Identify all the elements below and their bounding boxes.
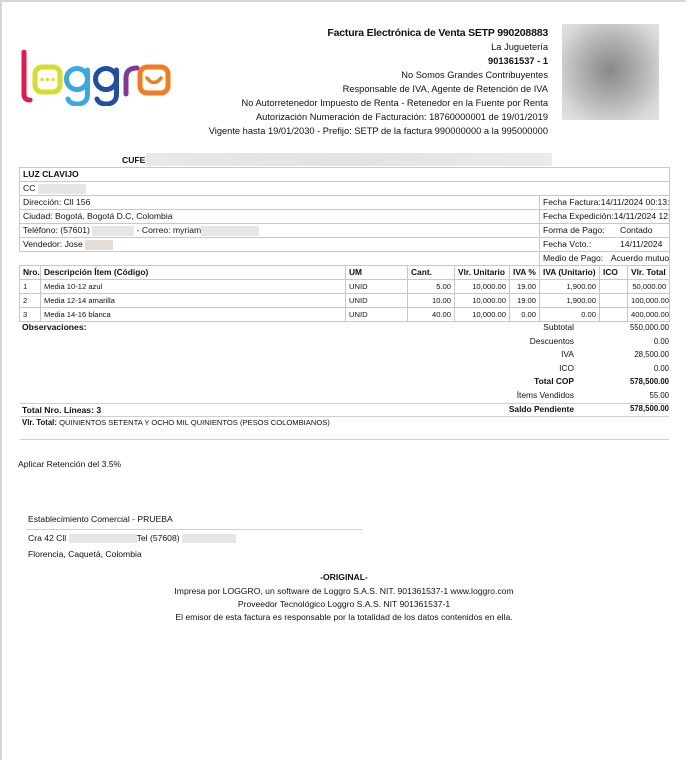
meta-value: 14/11/2024 00:13:39 xyxy=(601,196,670,209)
footer-line: Impresa por LOGGRO, un software de Loggr… xyxy=(0,586,688,596)
divider xyxy=(20,439,669,440)
authorization-line: Autorización Numeración de Facturación: … xyxy=(209,110,548,124)
total-row: Subtotal550,000.00 xyxy=(440,321,669,335)
cufe-label: CUFE xyxy=(122,155,145,165)
customer-email: - Correo: myriam xyxy=(137,225,201,235)
amount-words-value: QUINIENTOS SETENTA Y OCHO MIL QUINIENTOS… xyxy=(59,418,330,427)
total-lines: Total Nro. Líneas: 3 xyxy=(22,405,101,415)
footer-line: Proveedor Tecnológico Loggro S.A.S. NIT … xyxy=(0,599,688,609)
col-header: Cant. xyxy=(408,266,455,280)
items-header-row: Nro. Descripción Ítem (Código) UM Cant. … xyxy=(20,266,670,280)
tax-line: No Autorretenedor Impuesto de Renta - Re… xyxy=(209,96,548,110)
customer-id-type: CC xyxy=(23,183,35,193)
seller-redacted xyxy=(85,240,113,250)
balance-value: 578,500.00 xyxy=(590,404,669,414)
amount-words-label: Vlr. Total: xyxy=(22,418,57,427)
customer-id-row: CC xyxy=(20,182,670,196)
invoice-table: LUZ CLAVIJO CC Dirección: Cll 156 Fecha … xyxy=(19,167,670,322)
total-row: IVA28,500.00 xyxy=(440,348,669,362)
total-cop-row: Total COP578,500.00 xyxy=(440,375,669,389)
email-redacted xyxy=(201,226,259,236)
meta-value: Acuerdo mutuo xyxy=(611,252,669,265)
meta-value: 14/11/2024 xyxy=(620,238,662,251)
company-name: La Juguetería xyxy=(209,40,548,54)
divider xyxy=(20,416,669,417)
invoice-title: Factura Electrónica de Venta SETP 990208… xyxy=(209,26,548,40)
customer-id-redacted xyxy=(38,184,86,194)
tax-line: No Somos Grandes Contribuyentes xyxy=(209,68,548,82)
col-header: ICO xyxy=(600,266,628,280)
meta-label: Forma de Pago: xyxy=(540,224,620,237)
total-row: Ítems Vendidos55.00 xyxy=(440,389,669,403)
observations-label: Observaciones: xyxy=(22,322,86,332)
tax-line: Responsable de IVA, Agente de Retención … xyxy=(209,82,548,96)
table-row: 1 Media 10-12 azul UNID 5.00 10,000.00 1… xyxy=(20,280,670,294)
total-row: ICO0.00 xyxy=(440,362,669,376)
col-header: Nro. xyxy=(20,266,41,280)
meta-label: Fecha Expedición: xyxy=(540,210,614,223)
phone-redacted xyxy=(182,534,236,543)
customer-name: LUZ CLAVIJO xyxy=(20,168,670,182)
footer-line: El emisor de esta factura es responsable… xyxy=(0,612,688,622)
validity-line: Vigente hasta 19/01/2030 - Prefijo: SETP… xyxy=(209,124,548,138)
establishment-address: Cra 42 Cll Tel (57608) xyxy=(28,533,236,543)
col-header: IVA % xyxy=(510,266,540,280)
loggro-logo xyxy=(18,50,173,106)
table-row: 3 Media 14-16 blanca UNID 40.00 10,000.0… xyxy=(20,308,670,322)
meta-label: Medio de Pago: xyxy=(540,252,611,265)
issuer-header: Factura Electrónica de Venta SETP 990208… xyxy=(209,26,548,138)
meta-label: Fecha Vcto.: xyxy=(540,238,620,251)
customer-city: Ciudad: Bogotá, Bogotá D.C, Colombia xyxy=(20,210,540,224)
establishment-name: Establecimiento Comercial - PRUEBA xyxy=(28,514,173,524)
col-header: Vlr. Unitario xyxy=(455,266,510,280)
col-header: Descripción Ítem (Código) xyxy=(41,266,346,280)
col-header: Vlr. Total xyxy=(628,266,670,280)
customer-phone: Teléfono: (57601) xyxy=(23,225,90,235)
customer-name-row: LUZ CLAVIJO xyxy=(20,168,670,182)
customer-address: Dirección: Cll 156 xyxy=(20,196,540,210)
company-nit: 901361537 - 1 xyxy=(209,54,548,68)
address-redacted xyxy=(69,534,137,543)
col-header: UM xyxy=(346,266,408,280)
original-label: -ORIGINAL- xyxy=(0,572,688,582)
total-row: Descuentos0.00 xyxy=(440,335,669,349)
meta-label: Fecha Factura: xyxy=(540,196,601,209)
seller: Vendedor: Jose xyxy=(23,239,83,249)
table-row: 2 Media 12-14 amarilla UNID 10.00 10,000… xyxy=(20,294,670,308)
meta-value: 14/11/2024 12:13:49 xyxy=(614,210,670,223)
qr-code-blurred xyxy=(562,24,659,120)
totals-block: Subtotal550,000.00 Descuentos0.00 IVA28,… xyxy=(440,321,669,402)
amount-in-words: Vlr. Total: QUINIENTOS SETENTA Y OCHO MI… xyxy=(22,418,330,427)
balance-row: Saldo Pendiente 578,500.00 xyxy=(440,404,669,414)
meta-value: Contado xyxy=(620,224,653,237)
retention-note: Aplicar Retención del 3.5% xyxy=(18,459,121,469)
divider xyxy=(26,529,362,530)
balance-label: Saldo Pendiente xyxy=(440,404,590,414)
phone-redacted xyxy=(92,226,134,236)
col-header: IVA (Unitario) xyxy=(540,266,600,280)
cufe-value-redacted xyxy=(146,153,552,166)
establishment-city: Florencia, Caquetá, Colombia xyxy=(28,549,142,559)
